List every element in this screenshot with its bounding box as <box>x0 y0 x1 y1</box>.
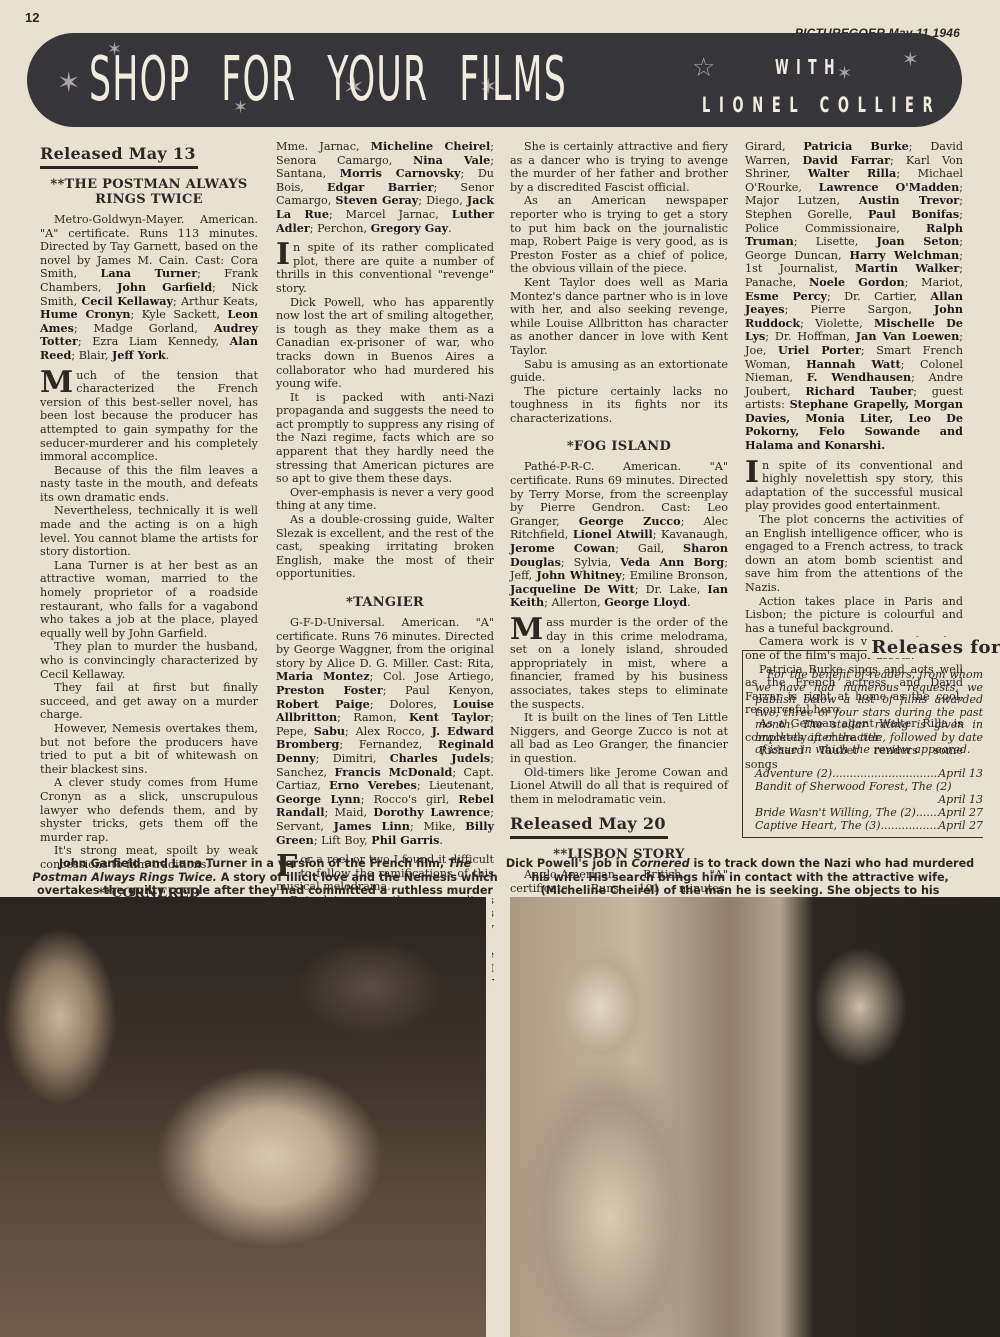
review-paragraph: Nevertheless, technically it is well mad… <box>40 504 258 558</box>
review-paragraph: Kent Taylor does well as Maria Montez's … <box>510 276 728 358</box>
releases-list-item: Bandit of Sherwood Forest, The (2) <box>755 780 983 793</box>
releases-box: Releases for For the benefit of readers,… <box>742 650 983 838</box>
releases-list-item: Captive Heart, The (3)April 27 <box>755 819 983 832</box>
review-paragraph: Old-timers like Jerome Cowan and Lionel … <box>510 766 728 807</box>
film-title: **THE POSTMAN ALWAYS RINGS TWICE <box>40 177 258 207</box>
review-paragraph: They plan to murder the husband, who is … <box>40 640 258 681</box>
review-paragraph: The plot concerns the activities of an E… <box>745 513 963 595</box>
star-icon: ☆ <box>692 55 715 81</box>
releases-list: Adventure (2)April 13 Bandit of Sherwood… <box>755 767 983 832</box>
film-credits-continued: Mme. Jarnac, Micheline Cheirel; Senora C… <box>276 140 494 235</box>
film-credits: Metro-Goldwyn-Mayer. American. "A" certi… <box>40 213 258 363</box>
page-number: 12 <box>25 10 39 25</box>
star-icon: ✶ <box>57 69 80 97</box>
review-paragraph: Action takes place in Paris and Lisbon; … <box>745 595 963 636</box>
banner-author: LIONEL COLLIER <box>702 93 941 117</box>
releases-list-item: Bride Wasn't Willing, The (2)April 27 <box>755 806 983 819</box>
section-heading: Released May 20 <box>510 814 668 839</box>
review-paragraph: As a double-crossing guide, Walter Sleza… <box>276 513 494 581</box>
review-paragraph: It is packed with anti-Nazi propaganda a… <box>276 391 494 486</box>
review-paragraph: It is built on the lines of Ten Little N… <box>510 711 728 765</box>
review-paragraph: The picture certainly lacks no toughness… <box>510 385 728 426</box>
review-paragraph: Sabu is amusing as an extortionate guide… <box>510 358 728 385</box>
photo-cornered-still <box>510 897 1000 1337</box>
photo-caption-left: John Garfield and Lana Turner in a versi… <box>30 857 500 898</box>
header-banner: ✶ ✶ ✶ ✶ ✶ ☆ ✶ ✶ SHOP FOR YOUR FILMS WITH… <box>27 33 962 127</box>
review-paragraph: As an American newspaper reporter who is… <box>510 194 728 276</box>
review-paragraph: However, Nemesis overtakes them, but not… <box>40 722 258 776</box>
releases-list-item-date: April 13 <box>755 793 983 806</box>
review-paragraph: Because of this the film leaves a nasty … <box>40 464 258 505</box>
film-title: *FOG ISLAND <box>510 439 728 454</box>
banner-title: SHOP FOR YOUR FILMS <box>89 45 567 115</box>
film-title: *TANGIER <box>276 595 494 610</box>
review-paragraph: Over-emphasis is never a very good thing… <box>276 486 494 513</box>
film-credits: G-F-D-Universal. American. "A" certifica… <box>276 616 494 847</box>
review-paragraph: Lana Turner is at her best as an attract… <box>40 559 258 641</box>
photo-postman-still <box>0 897 492 1337</box>
review-paragraph: Mass murder is the order of the day in t… <box>510 616 728 711</box>
releases-box-title: Releases for <box>867 637 1000 658</box>
column-3: She is certainly attractive and fiery as… <box>510 140 728 950</box>
review-paragraph: They fail at first but finally succeed, … <box>40 681 258 722</box>
releases-box-intro: For the benefit of readers, from whom we… <box>755 669 983 757</box>
review-paragraph: In spite of its conventional and highly … <box>745 459 963 513</box>
releases-list-item: Adventure (2)April 13 <box>755 767 983 780</box>
film-credits-continued: Girard, Patricia Burke; David Warren, Da… <box>745 140 963 453</box>
film-credits: Pathé-P-R-C. American. "A" certificate. … <box>510 460 728 610</box>
review-paragraph: In spite of its rather complicated plot,… <box>276 241 494 295</box>
review-paragraph: Much of the tension that characterized t… <box>40 369 258 464</box>
review-paragraph: A clever study comes from Hume Cronyn as… <box>40 776 258 844</box>
review-paragraph: She is certainly attractive and fiery as… <box>510 140 728 194</box>
review-paragraph: Dick Powell, who has apparently now lost… <box>276 296 494 391</box>
star-icon: ✶ <box>902 49 919 69</box>
banner-with: WITH <box>775 55 842 79</box>
section-heading: Released May 13 <box>40 144 198 169</box>
